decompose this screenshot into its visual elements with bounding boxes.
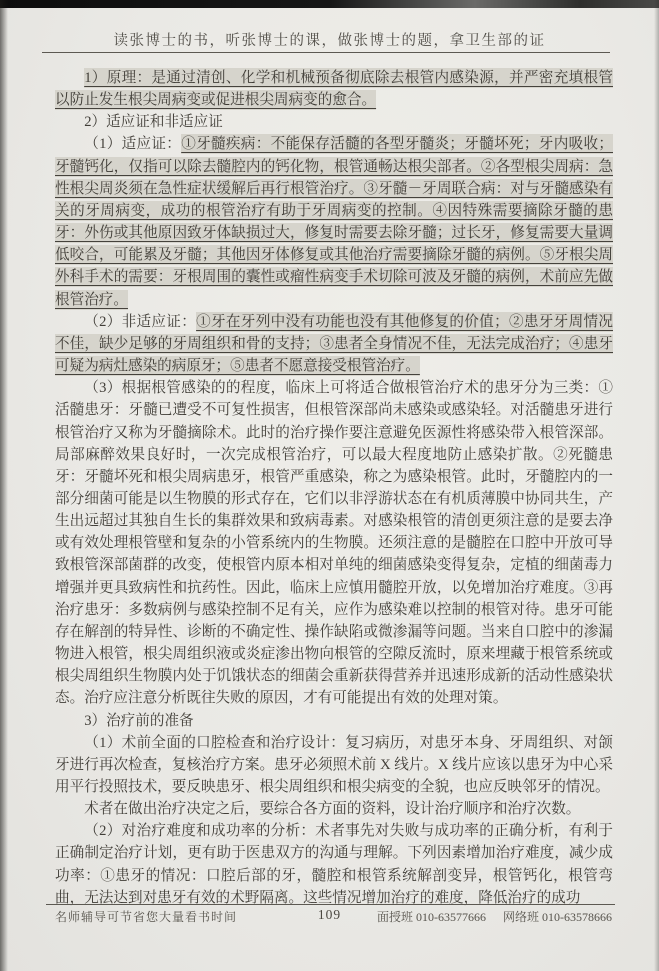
text-run: 术者在做出治疗决定之后，要综合各方面的资料，设计治疗顺序和治疗次数。 [84, 801, 580, 817]
document-body: 1）原理：是通过清创、化学和机械预备彻底除去根管内感染源，并严密充填根管以防止发… [55, 67, 613, 909]
footer-rule [46, 904, 615, 905]
text-run: （1）术前全面的口腔检查和治疗设计：复习病历，对患牙本身、牙周组织、对颌牙进行再… [55, 735, 613, 795]
paragraph: （1）适应证：①牙髓疾病：不能保存活髓的各型牙髓炎；牙髓坏死；牙内吸收；牙髓钙化… [55, 133, 613, 310]
scanned-page: 读张博士的书，听张博士的课，做张博士的题，拿卫生部的证 1）原理：是通过清创、化… [0, 0, 659, 971]
text-run: （1）适应证： [84, 136, 181, 152]
paragraph: 2）适应证和非适应证 [55, 111, 613, 133]
scan-top-edge [0, 0, 659, 8]
header-rule [42, 52, 610, 53]
paragraph: 3）治疗前的准备 [55, 710, 613, 732]
scan-right-edge [654, 0, 659, 971]
footer-contacts: 面授班 010-63577666 网络班 010-63578666 [377, 908, 612, 925]
paragraph: 术者在做出治疗决定之后，要综合各方面的资料，设计治疗顺序和治疗次数。 [55, 798, 613, 820]
footer-phone-onsite: 面授班 010-63577666 [377, 910, 486, 924]
header-slogan: 读张博士的书，听张博士的课，做张博士的题，拿卫生部的证 [0, 29, 659, 50]
paragraph: （2）非适应证：①牙在牙列中没有功能也没有其他修复的价值；②患牙牙周情况不佳，缺… [55, 311, 613, 377]
paragraph: （3）根据根管感染的的程度，临床上可将适合做根管治疗术的患牙分为三类：①活髓患牙… [55, 377, 613, 709]
paragraph: （2）对治疗难度和成功率的分析：术者事先对失败与成功率的正确分析，有利于正确制定… [55, 820, 613, 909]
text-run: 2）适应证和非适应证 [84, 114, 223, 130]
text-run: （2）非适应证： [84, 314, 196, 330]
footer-phone-online: 网络班 010-63578666 [503, 910, 612, 924]
paragraph: （1）术前全面的口腔检查和治疗设计：复习病历，对患牙本身、牙周组织、对颌牙进行再… [55, 732, 613, 798]
highlighted-text: 1）原理：是通过清创、化学和机械预备彻底除去根管内感染源，并严密充填根管以防止发… [55, 68, 613, 110]
text-run: （3）根据根管感染的的程度，临床上可将适合做根管治疗术的患牙分为三类：①活髓患牙… [55, 380, 613, 706]
text-run: 3）治疗前的准备 [84, 713, 193, 729]
highlighted-text: ①牙髓疾病：不能保存活髓的各型牙髓炎；牙髓坏死；牙内吸收；牙髓钙化，仅指可以除去… [55, 134, 613, 309]
text-run: （2）对治疗难度和成功率的分析：术者事先对失败与成功率的正确分析，有利于正确制定… [55, 823, 613, 905]
paragraph: 1）原理：是通过清创、化学和机械预备彻底除去根管内感染源，并严密充填根管以防止发… [55, 67, 613, 111]
scan-left-edge [0, 0, 8, 971]
